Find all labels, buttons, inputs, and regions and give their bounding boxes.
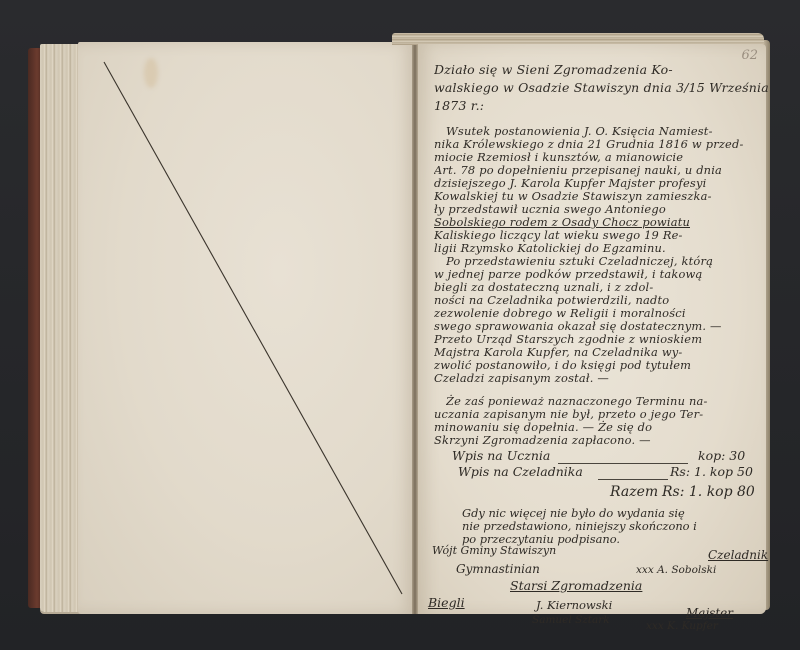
body-line: ły przedstawił ucznia swego Antoniego bbox=[434, 202, 666, 216]
body-line: Art. 78 po dopełnieniu przepisanej nauki… bbox=[434, 163, 722, 177]
body-line: dzisiejszego J. Karola Kupfer Majster pr… bbox=[434, 176, 706, 190]
total-label: Razem bbox=[610, 484, 658, 500]
body-line: minowaniu się dopełnia. — Że się do bbox=[434, 420, 652, 434]
body-line: Że zaś ponieważ naznaczonego Terminu na- bbox=[446, 394, 708, 408]
leader-line bbox=[598, 479, 668, 480]
body-line: ności na Czeladnika potwierdzili, nadto bbox=[434, 293, 669, 307]
signature-starsi-2: Samuel Sztark bbox=[532, 614, 610, 626]
cancellation-line bbox=[78, 42, 414, 614]
heading-line: walskiego w Osadzie Stawiszyn dnia 3/15 … bbox=[434, 80, 769, 95]
starsi-label: Starsi Zgromadzenia bbox=[510, 578, 642, 593]
signature-gymnasium: Gymnastinian bbox=[456, 562, 540, 576]
body-line: Sobolskiego rodem z Osady Chocz powiatu bbox=[434, 215, 690, 229]
body-line: zezwolenie dobrego w Religii i moralnośc… bbox=[434, 306, 686, 320]
body-line: miocie Rzemiosł i kunsztów, a mianowicie bbox=[434, 150, 683, 164]
body-line: biegli za dostateczną uznali, i z zdol- bbox=[434, 280, 653, 294]
body-line: uczania zapisanym nie był, przeto o jego… bbox=[434, 407, 703, 421]
body-line: Po przedstawieniu sztuki Czeladniczej, k… bbox=[446, 254, 713, 268]
body-line: ligii Rzymsko Katolickiej do Egzaminu. bbox=[434, 241, 666, 255]
left-page bbox=[78, 42, 414, 614]
majster-label: Majster bbox=[686, 606, 733, 620]
body-line: Czeladzi zapisanym został. — bbox=[434, 371, 609, 385]
body-line: Przeto Urząd Starszych zgodnie z wnioski… bbox=[434, 332, 702, 346]
czeladnik-label: Czeladnik bbox=[708, 548, 768, 562]
body-line: swego sprawowania okazał się dostateczny… bbox=[434, 319, 722, 333]
scan-scene: 62 Działo się w Sieni Zgromadzenia Ko- w… bbox=[0, 0, 800, 650]
fee-amount: Rs: 1. kop 50 bbox=[670, 464, 753, 479]
signature-wojt: Wójt Gminy Stawiszyn bbox=[432, 544, 556, 557]
fee-label: Wpis na Ucznia bbox=[452, 448, 550, 463]
fee-label: Wpis na Czeladnika bbox=[458, 464, 583, 479]
right-page: 62 Działo się w Sieni Zgromadzenia Ko- w… bbox=[418, 44, 766, 614]
body-line: Kowalskiej tu w Osadzie Stawiszyn zamies… bbox=[434, 189, 712, 203]
closing-line: Gdy nic więcej nie było do wydania się bbox=[462, 506, 685, 520]
body-line: Kaliskiego liczący lat wieku swego 19 Re… bbox=[434, 228, 683, 242]
body-line: Majstra Karola Kupfer, na Czeladnika wy- bbox=[434, 345, 682, 359]
body-line: Skrzyni Zgromadzenia zapłacono. — bbox=[434, 433, 651, 447]
signature-czeladnik: xxx A. Sobolski bbox=[636, 564, 716, 576]
total-amount: Rs: 1. kop 80 bbox=[662, 484, 755, 500]
body-line: Wsutek postanowienia J. O. Księcia Namie… bbox=[446, 124, 713, 138]
biegli-label: Biegli bbox=[428, 595, 465, 610]
body-line: nika Królewskiego z dnia 21 Grudnia 1816… bbox=[434, 137, 744, 151]
heading-line: Działo się w Sieni Zgromadzenia Ko- bbox=[434, 62, 673, 77]
body-line: w jednej parze podków przedstawił, i tak… bbox=[434, 267, 702, 281]
heading-line: 1873 r.: bbox=[434, 98, 484, 113]
signature-majster: xxx K. Kupfer bbox=[646, 620, 718, 632]
closing-line: nie przedstawiono, niniejszy skończono i bbox=[462, 519, 697, 533]
page-number: 62 bbox=[741, 48, 758, 63]
fee-amount: kop: 30 bbox=[698, 448, 745, 463]
body-line: zwolić postanowiło, i do księgi pod tytu… bbox=[434, 358, 691, 372]
signature-starsi-1: J. Kiernowski bbox=[536, 598, 612, 612]
